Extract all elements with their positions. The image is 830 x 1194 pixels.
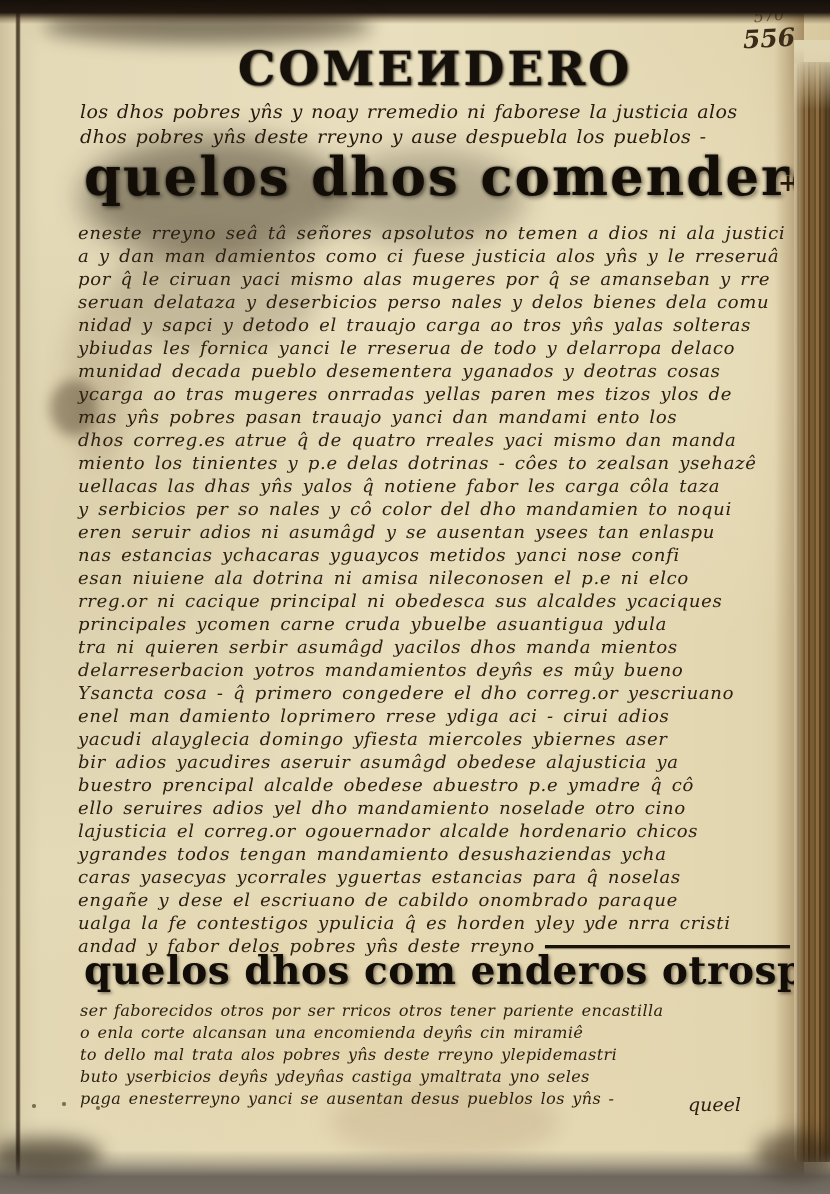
manuscript-line: uellacas las dhas yn̂s yalos q̂ notiene …	[78, 475, 792, 498]
manuscript-line: seruan delataza y deserbicios perso nale…	[78, 291, 792, 314]
manuscript-line: delarreserbacion yotros mandamientos dey…	[78, 659, 792, 682]
manuscript-line: nas estancias ychacaras yguaycos metidos…	[78, 544, 792, 567]
manuscript-page: 570 556 COMEИDERO los dhos pobres yn̂s y…	[0, 0, 830, 1194]
page-bottom-edge	[0, 1150, 830, 1194]
catchword: queel	[688, 1094, 741, 1116]
manuscript-line: enel man damiento loprimero rrese ydiga …	[78, 705, 792, 728]
page-title: COMEИDERO	[90, 42, 780, 97]
left-margin-strip	[0, 0, 16, 1194]
manuscript-line: ygrandes todos tengan mandamiento desush…	[78, 843, 792, 866]
manuscript-line: tra ni quieren serbir asumâgd yacilos dh…	[78, 636, 792, 659]
manuscript-line: lajusticia el correg.or ogouernador alca…	[78, 820, 792, 843]
manuscript-line: miento los tinientes y p.e delas dotrina…	[78, 452, 792, 475]
manuscript-line: por q̂ le ciruan yaci mismo alas mugeres…	[78, 268, 792, 291]
manuscript-line: ser faborecidos otros por ser rricos otr…	[80, 1000, 786, 1022]
ink-speck	[62, 1102, 66, 1106]
manuscript-line: Ysancta cosa - q̂ primero congedere el d…	[78, 682, 792, 705]
manuscript-line: dhos correg.es atrue q̂ de quatro rreale…	[78, 429, 792, 452]
manuscript-line: caras yasecyas ycorrales yguertas estanc…	[78, 866, 792, 889]
fore-edge-fade	[794, 40, 830, 110]
manuscript-line: y serbicios per so nales y cô color del …	[78, 498, 792, 521]
manuscript-line: los dhos pobres yn̂s y noay rremedio ni …	[80, 100, 790, 125]
manuscript-line: ualga la fe contestigos ypulicia q̂ es h…	[78, 912, 792, 935]
manuscript-line: eneste rreyno seâ tâ señores apsolutos n…	[78, 222, 792, 245]
manuscript-line: rreg.or ni cacique principal ni obedesca…	[78, 590, 792, 613]
body-paragraph: eneste rreyno seâ tâ señores apsolutos n…	[78, 222, 792, 958]
ink-speck	[32, 1104, 36, 1108]
chapter-heading: quelos dhos comenderos	[84, 146, 790, 208]
manuscript-line: engañe y dese el escriuano de cabildo on…	[78, 889, 792, 912]
manuscript-line: munidad decada pueblo desementera yganad…	[78, 360, 792, 383]
intro-paragraph: los dhos pobres yn̂s y noay rremedio ni …	[80, 100, 790, 150]
manuscript-line: bir adios yacudires aseruir asumâgd obed…	[78, 751, 792, 774]
manuscript-line: eren seruir adios ni asumâgd y se ausent…	[78, 521, 792, 544]
book-fore-edge	[794, 62, 830, 1162]
top-edge-ink-smear	[42, 8, 372, 44]
manuscript-line: to dello mal trata alos pobres yn̂s dest…	[80, 1044, 786, 1066]
manuscript-line: mas yn̂s pobres pasan trauajo yanci dan …	[78, 406, 792, 429]
bottom-right-corner-shadow	[756, 1132, 830, 1176]
manuscript-line: buto yserbicios deyn̂s ydeyn̂as castiga …	[80, 1066, 786, 1088]
manuscript-line: yacudi alayglecia domingo yfiesta mierco…	[78, 728, 792, 751]
binding-gutter-line	[16, 0, 20, 1194]
chapter-heading: quelos dhos com enderos otrospor	[84, 948, 796, 994]
manuscript-line: buestro prencipal alcalde obedese abuest…	[78, 774, 792, 797]
manuscript-line: principales ycomen carne cruda ybuelbe a…	[78, 613, 792, 636]
manuscript-line: a y dan man damientos como ci fuese just…	[78, 245, 792, 268]
manuscript-line: paga enesterreyno yanci se ausentan desu…	[80, 1088, 786, 1110]
manuscript-line: nidad y sapci y detodo el trauajo carga …	[78, 314, 792, 337]
body-paragraph: ser faborecidos otros por ser rricos otr…	[80, 1000, 786, 1110]
manuscript-line: o enla corte alcansan una encomienda dey…	[80, 1022, 786, 1044]
manuscript-line: esan niuiene ala dotrina ni amisa nileco…	[78, 567, 792, 590]
manuscript-line: ello seruires adios yel dho mandamiento …	[78, 797, 792, 820]
manuscript-line: ycarga ao tras mugeres onrradas yellas p…	[78, 383, 792, 406]
manuscript-line: ybiudas les fornica yanci le rreserua de…	[78, 337, 792, 360]
